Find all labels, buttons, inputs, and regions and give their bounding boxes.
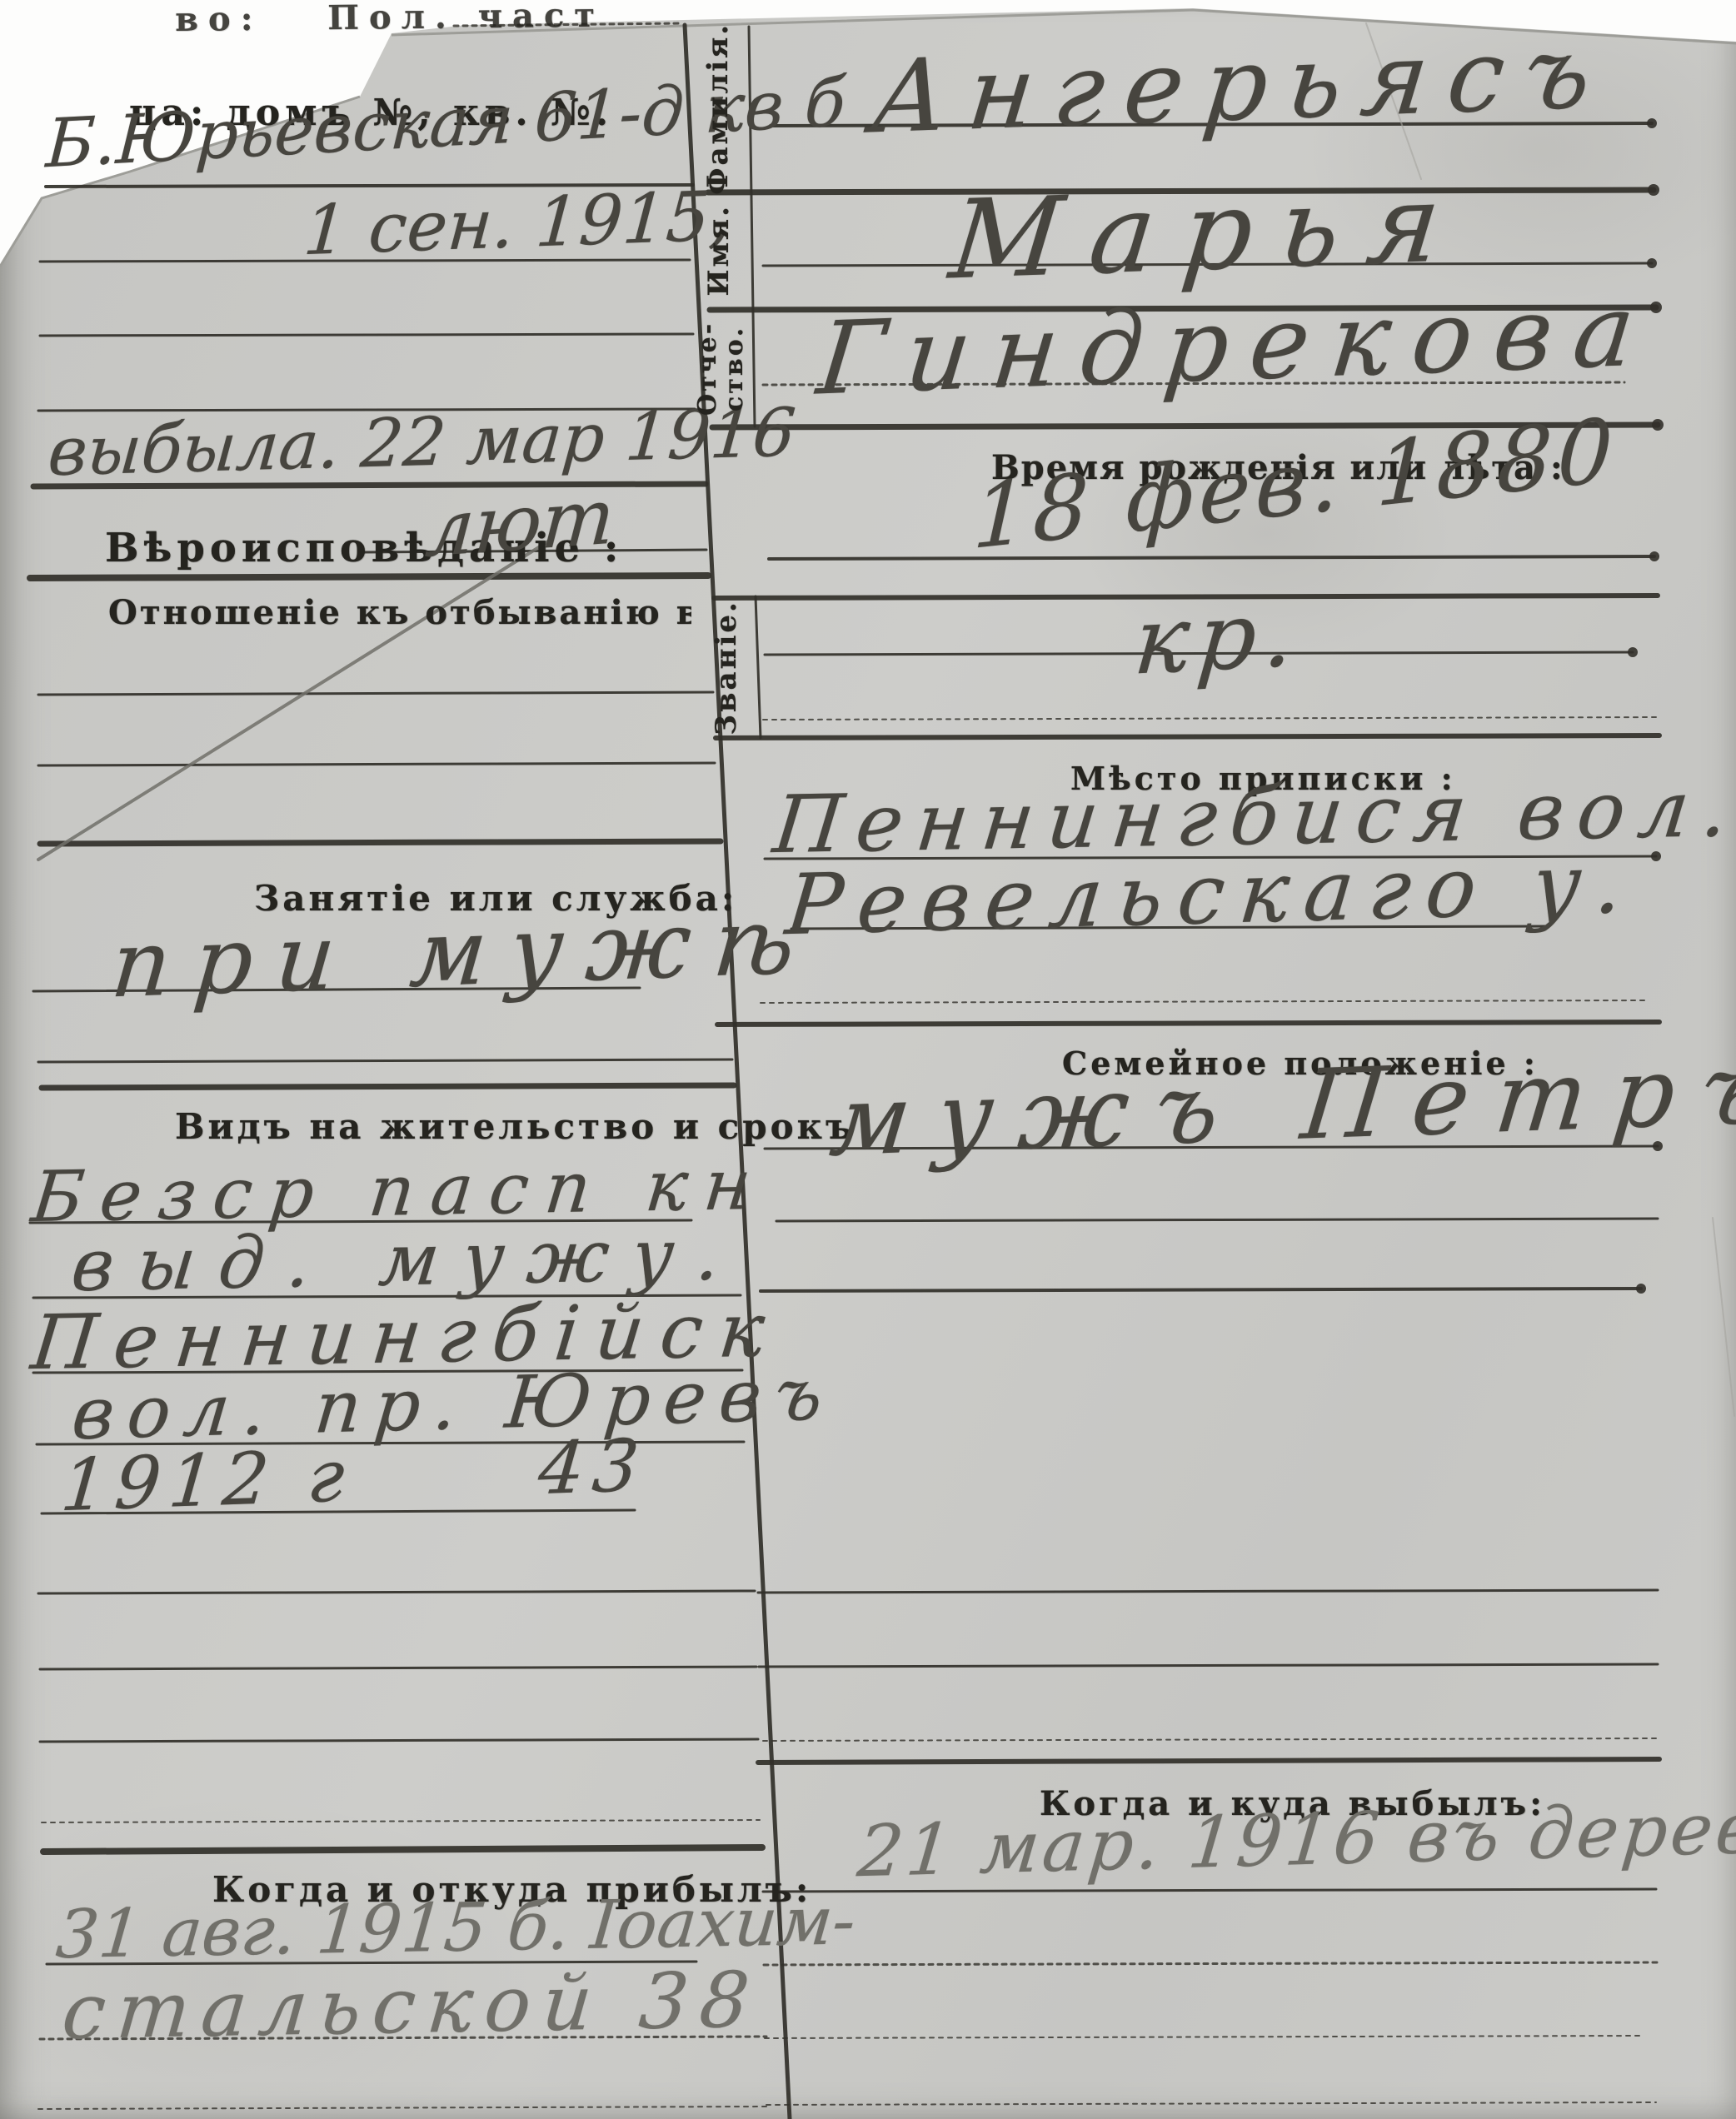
arrival-line: стальской 38	[59, 1955, 765, 2057]
rule-line	[761, 1000, 1646, 1003]
rule-line	[776, 1219, 1658, 1221]
cross-out-stroke	[38, 541, 548, 860]
rule-line	[30, 576, 708, 578]
rule-line	[758, 1759, 1659, 1763]
ink-blob	[1647, 118, 1657, 128]
rank-vlabel: Званіе.	[693, 601, 760, 733]
rank-value: кр.	[1130, 579, 1307, 695]
ink-blob	[1649, 551, 1659, 561]
entry-date-value: 1 сен. 1915,	[301, 177, 734, 271]
rule-line	[761, 1289, 1641, 1291]
ink-blob	[1628, 647, 1638, 657]
rule-line	[38, 763, 715, 765]
registration-card-paper: во: Пол. част ца: домъ №, кв. №. Б.Юрьев…	[0, 0, 1736, 2119]
rule-line	[38, 1059, 732, 1062]
rule-line	[42, 1085, 734, 1088]
rule-line	[38, 692, 713, 695]
patronymic-vlabel-line: Отче-	[696, 321, 722, 415]
rule-line	[38, 1591, 755, 1593]
rule-line	[765, 2036, 1643, 2038]
rule-line	[763, 1738, 1658, 1741]
surname-vlabel: Фамилія.	[685, 32, 751, 186]
ink-blob	[1652, 419, 1664, 431]
rule-line	[759, 1664, 1658, 1667]
rule-line	[40, 841, 721, 844]
rule-line	[43, 1847, 762, 1852]
patronymic-vlabel: Отче- ство.	[688, 315, 756, 421]
rule-line	[764, 1962, 1658, 1965]
residence-permit-label: Видъ на жительство и срокъ	[175, 1106, 856, 1147]
name-vlabel-text: Имя.	[704, 204, 735, 297]
rule-line	[717, 1022, 1659, 1025]
religion-value: лют	[422, 471, 617, 575]
rule-line	[40, 334, 693, 336]
rule-line	[40, 1667, 756, 1669]
rule-line	[766, 2102, 1656, 2105]
rule-line	[42, 1820, 760, 1822]
rule-line	[40, 1739, 758, 1742]
rule-line	[38, 2107, 771, 2109]
rule-line	[763, 717, 1658, 720]
rank-vlabel-text: Званіе.	[711, 600, 742, 735]
ink-blob	[1647, 258, 1657, 268]
rule-line	[769, 556, 1654, 559]
rule-line	[758, 1590, 1658, 1593]
military-service-label: Отношеніе къ отбыванію воинской повин.	[108, 593, 691, 632]
paper-crease	[1713, 1218, 1734, 1416]
ink-blob	[1636, 1284, 1646, 1294]
ink-blob	[1648, 184, 1659, 196]
name-vlabel: Имя.	[686, 197, 751, 303]
patronymic-vlabel-line: ство.	[722, 321, 749, 415]
rule-line	[716, 735, 1659, 738]
surname-vlabel-text: Фамилія.	[703, 22, 734, 195]
top-fragment-text: во: Пол. част	[175, 0, 605, 39]
